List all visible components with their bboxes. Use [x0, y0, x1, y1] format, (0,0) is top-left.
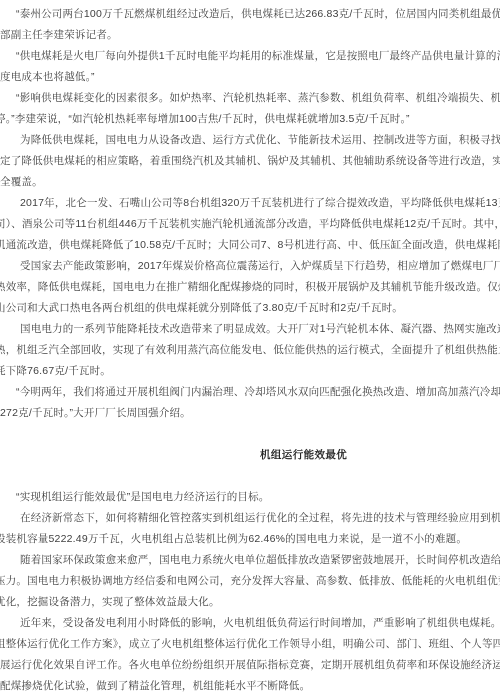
article-line: 在经济新常态下，如何将精细化管控落实到机组运行优化的全过程，将先进的技术与管理经… [20, 508, 500, 529]
article-line: 山公司和大武口热电各两台机组的供电煤耗就分别降低了3.80克/千瓦时和2克/千瓦… [0, 298, 500, 319]
article-page: “泰州公司两台100万千瓦燃煤机组经过改造后，供电煤耗已达266.83克/千瓦时… [0, 0, 500, 697]
article-line: 组整体运行优化工作方案》，成立了火电机组整体运行优化工作领导小组，明确公司、部门… [0, 634, 500, 655]
article-line: “泰州公司两台100万千瓦燃煤机组经过改造后，供电煤耗已达266.83克/千瓦时… [16, 4, 500, 25]
article-line: “实现机组运行能效最优”是国电电力经济运行的目标。 [16, 487, 500, 508]
article-body: “泰州公司两台100万千瓦燃煤机组经过改造后，供电煤耗已达266.83克/千瓦时… [0, 0, 500, 697]
article-line: 受国家去产能政策影响，2017年煤炭价格高位震荡运行，入炉煤质呈下行趋势，相应增… [20, 256, 500, 277]
article-line: 耗下降76.67克/千瓦时。 [0, 361, 500, 382]
article-line: 近年来，受设备发电利用小时降低的影响，火电机组低负荷运行时间增加，严重影响了机组… [20, 613, 500, 634]
article-line: 随着国家环保政策愈来愈严，国电电力系统火电单位超低排放改造紧锣密鼓地展开，长时间… [20, 550, 500, 571]
article-line: 部副主任李建荣诉记者。 [0, 25, 500, 46]
article-line: 全覆盖。 [0, 172, 500, 193]
article-line: 热，机组乏汽全部回收，实现了有效利用蒸汽高位能发电、低位能供热的运行模式，全面提… [0, 340, 500, 361]
article-line: “今明两年，我们将通过开展机组阀门内漏治理、冷却塔风水双向匹配强化换热改造、增加… [16, 382, 500, 403]
article-line: 配煤掺烧优化试验，做到了精益化管理，机组能耗水平不断降低。 [0, 676, 500, 697]
article-line: “影响供电煤耗变化的因素很多。如炉热率、汽轮机热耗率、蒸汽参数、机组负荷率、机组… [16, 88, 500, 109]
section-heading: 机组运行能效最优 [260, 445, 500, 466]
article-line: 机通流改造，供电煤耗降低了10.58克/千瓦时；大同公司7、8号机进行高、中、低… [0, 235, 500, 256]
article-line: 优化，挖掘设备潜力，实现了整体效益最大化。 [0, 592, 500, 613]
article-line: 国电电力的一系列节能降耗技术改造带来了明显成效。大开厂对1号汽轮机本体、凝汽器、… [20, 319, 500, 340]
article-line: 272克/千瓦时。”大开厂厂长周国强介绍。 [0, 403, 500, 424]
article-line: 热效率，降低供电煤耗，国电电力在推广精细化配煤掺烧的同时，积极开展锅炉及其辅机节… [0, 277, 500, 298]
article-line: 股装机容量5222.49万千瓦，火电机组占总装机比例为62.46%的国电电力来说… [0, 529, 500, 550]
article-line: 展运行优化效果自评工作。各火电单位纷纷组织开展值际指标竞赛，定期开展机组负荷率和… [0, 655, 500, 676]
paragraph-gap [0, 466, 500, 487]
paragraph-gap [0, 424, 500, 445]
article-line: 为降低供电煤耗，国电电力从设备改造、运行方式优化、节能新技术运用、控制改进等方面… [20, 130, 500, 151]
article-line: 压力。国电电力积极协调地方经信委和电网公司，充分发挥大容量、高参数、低排放、低能… [0, 571, 500, 592]
article-line: 定了降低供电煤耗的相应策略，着重围绕汽机及其辅机、锅炉及其辅机、其他辅助系统设备… [0, 151, 500, 172]
article-line: 停。”李建荣说，“如汽轮机热耗率每增加100吉焦/千瓦时，供电煤耗就增加3.5克… [0, 109, 500, 130]
article-line: 2017年，北仑一发、石嘴山公司等8台机组320万千瓦装机进行了综合提效改造，平… [20, 193, 500, 214]
article-line: 度电成本也将越低。” [0, 67, 500, 88]
article-line: “供电煤耗是火电厂每向外提供1千瓦时电能平均耗用的标准煤量，它是按照电厂最终产品… [16, 46, 500, 67]
article-line: 司）、酒泉公司等11台机组446万千瓦装机实施汽轮机通流部分改造，平均降低供电煤… [0, 214, 500, 235]
